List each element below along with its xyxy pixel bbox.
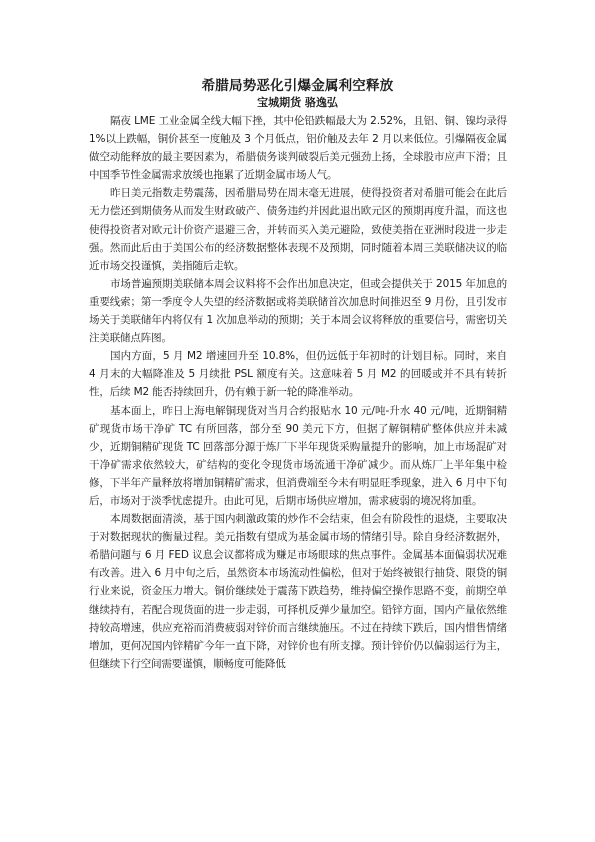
paragraph-outlook: 本周数据面清淡，基于国内刺激政策的炒作不会结束，但会有阶段性的退烧，主要取决于对… [89,510,507,673]
article-title: 希腊局势恶化引爆金属利空释放 [0,78,595,95]
paragraph-fundamentals: 基本面上，昨日上海电解铜现货对当月合约报贴水 10 元/吨-升水 40 元/吨，… [89,402,507,511]
paragraph-domestic-m2: 国内方面，5 月 M2 增速回升至 10.8%，但仍远低于年初时的计划目标。同时… [89,347,507,401]
document-page: 希腊局势恶化引爆金属利空释放 宝城期货 骆逸弘 隔夜 LME 工业金属全线大幅下… [0,0,595,842]
paragraph-usd-index: 昨日美元指数走势震荡，因希腊局势在周末毫无进展，使得投资者对希腊可能会在此后无力… [89,184,507,274]
paragraph-lme-overnight: 隔夜 LME 工业金属全线大幅下挫，其中伦铅跌幅最大为 2.52%，且铝、铜、镍… [89,112,507,184]
article-byline: 宝城期货 骆逸弘 [0,96,595,110]
article-body: 隔夜 LME 工业金属全线大幅下挫，其中伦铅跌幅最大为 2.52%，且铝、铜、镍… [89,112,507,673]
paragraph-fed-expectations: 市场普遍预期美联储本周会议料将不会作出加息决定，但或会提供关于 2015 年加息… [89,275,507,347]
